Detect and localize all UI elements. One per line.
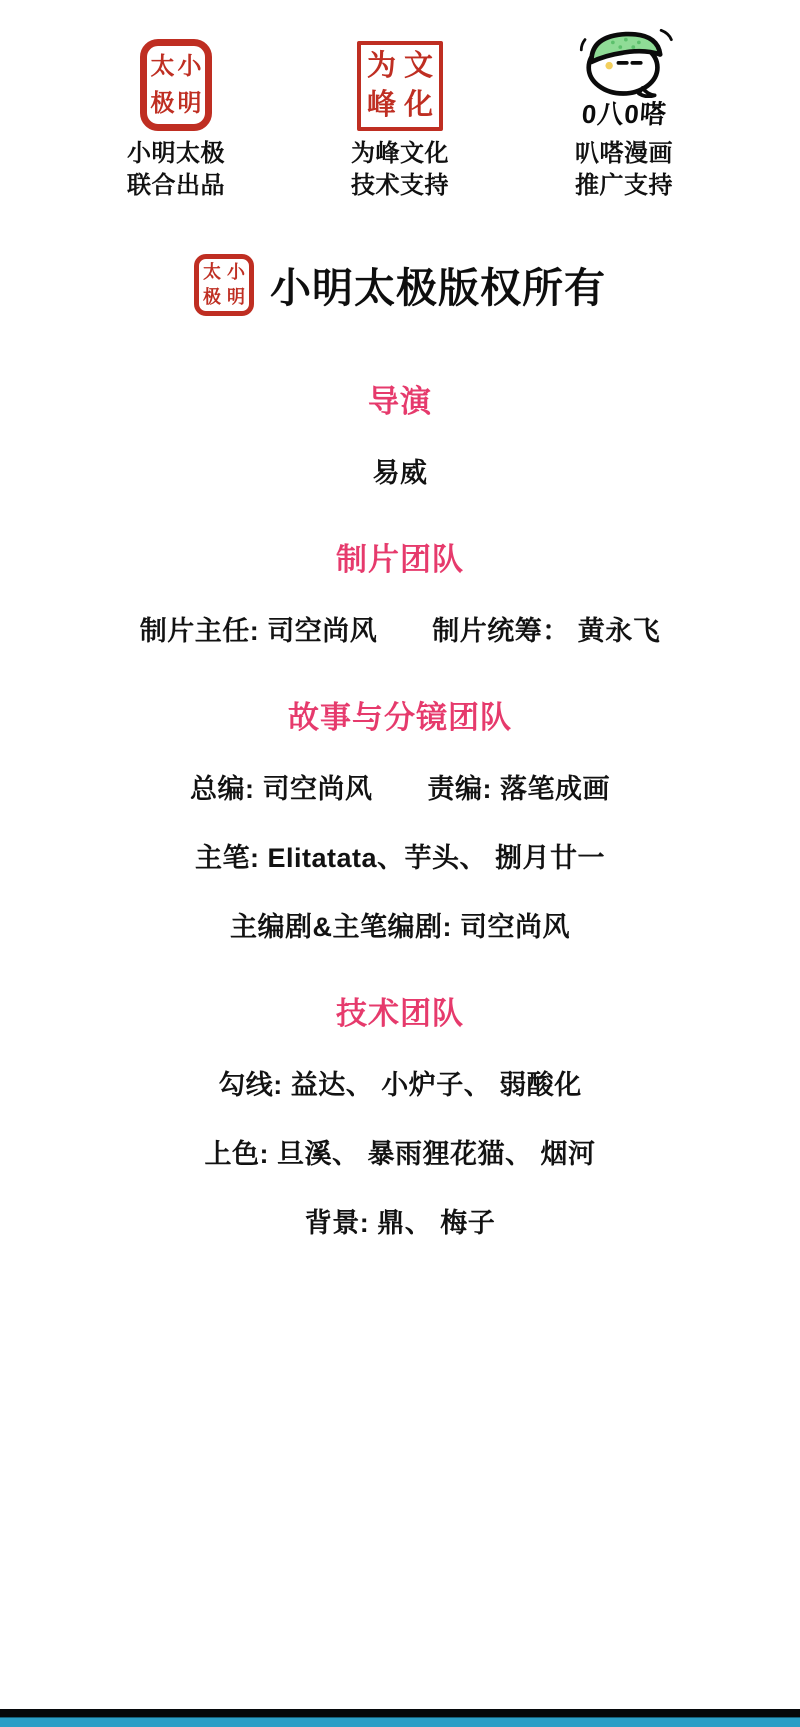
seal-char: 明	[227, 288, 245, 306]
section-director: 导演 易威	[0, 376, 800, 490]
seal-char: 小	[227, 263, 245, 281]
seal-char: 小	[178, 55, 202, 79]
credit-line: 上色: 旦溪、 暴雨狸花猫、 烟河	[0, 1132, 800, 1171]
publisher-name: 小明太极	[96, 138, 256, 170]
publisher-label: 为峰文化 技术支持	[320, 138, 480, 202]
publisher-xiaoming-taiji: 太 小 极 明 小明太极 联合出品	[96, 27, 256, 202]
seal-stamp-icon: 太 小 极 明	[194, 254, 254, 316]
bada-logo-block: 0八0嗒	[572, 24, 676, 131]
credit-line: 主笔: Elitatata、芋头、 捌月廿一	[0, 836, 800, 875]
bada-logotype: 0八0嗒	[580, 94, 668, 131]
seal-char: 峰	[367, 91, 396, 120]
seal-char: 极	[151, 92, 175, 116]
publisher-weifeng-culture: 为 文 峰 化 为峰文化 技术支持	[320, 27, 480, 202]
bada-logo: 0八0嗒	[544, 27, 704, 131]
publisher-bada-comics: 0八0嗒 叭嗒漫画 推广支持	[544, 27, 704, 202]
publisher-row: 太 小 极 明 小明太极 联合出品 为 文 峰 化	[0, 0, 800, 202]
next-panel-edge	[0, 1717, 800, 1727]
seal-char: 化	[404, 91, 433, 120]
credit-line: 制片主任: 司空尚风 制片统筹： 黄永飞	[0, 609, 800, 648]
publisher-role: 联合出品	[96, 170, 256, 202]
seal-char: 文	[404, 52, 433, 81]
credit-line: 勾线: 益达、 小炉子、 弱酸化	[0, 1063, 800, 1102]
section-story-storyboard-team: 故事与分镜团队 总编: 司空尚风 责编: 落笔成画 主笔: Elitatata、…	[0, 692, 800, 944]
xiaoming-taiji-seal-logo: 太 小 极 明	[96, 27, 256, 131]
copyright-row: 太 小 极 明 小明太极版权所有	[0, 254, 800, 316]
seal-stamp-icon: 太 小 极 明	[140, 39, 212, 131]
section-production-team: 制片团队 制片主任: 司空尚风 制片统筹： 黄永飞	[0, 534, 800, 648]
section-heading: 故事与分镜团队	[0, 692, 800, 737]
credit-line: 易威	[0, 451, 800, 490]
publisher-label: 叭嗒漫画 推广支持	[544, 138, 704, 202]
seal-char: 太	[203, 263, 221, 281]
section-heading: 导演	[0, 376, 800, 421]
section-heading: 技术团队	[0, 988, 800, 1033]
seal-char: 极	[203, 288, 221, 306]
seal-char: 太	[151, 55, 175, 79]
weifeng-culture-seal-logo: 为 文 峰 化	[320, 27, 480, 131]
publisher-label: 小明太极 联合出品	[96, 138, 256, 202]
publisher-role: 技术支持	[320, 170, 480, 202]
copyright-text: 小明太极版权所有	[270, 255, 606, 314]
publisher-role: 推广支持	[544, 170, 704, 202]
credit-line: 主编剧&主笔编剧: 司空尚风	[0, 905, 800, 944]
seal-char: 为	[367, 52, 396, 81]
bada-mascot-icon	[572, 24, 676, 98]
seal-char: 明	[178, 92, 202, 116]
credit-line: 总编: 司空尚风 责编: 落笔成画	[0, 767, 800, 806]
publisher-name: 为峰文化	[320, 138, 480, 170]
publisher-name: 叭嗒漫画	[544, 138, 704, 170]
section-technical-team: 技术团队 勾线: 益达、 小炉子、 弱酸化 上色: 旦溪、 暴雨狸花猫、 烟河 …	[0, 988, 800, 1240]
credit-line: 背景: 鼎、 梅子	[0, 1201, 800, 1240]
credits-list: 导演 易威 制片团队 制片主任: 司空尚风 制片统筹： 黄永飞 故事与分镜团队 …	[0, 376, 800, 1240]
section-heading: 制片团队	[0, 534, 800, 579]
seal-stamp-icon: 为 文 峰 化	[357, 41, 443, 131]
credits-page: 太 小 极 明 小明太极 联合出品 为 文 峰 化	[0, 0, 800, 1727]
